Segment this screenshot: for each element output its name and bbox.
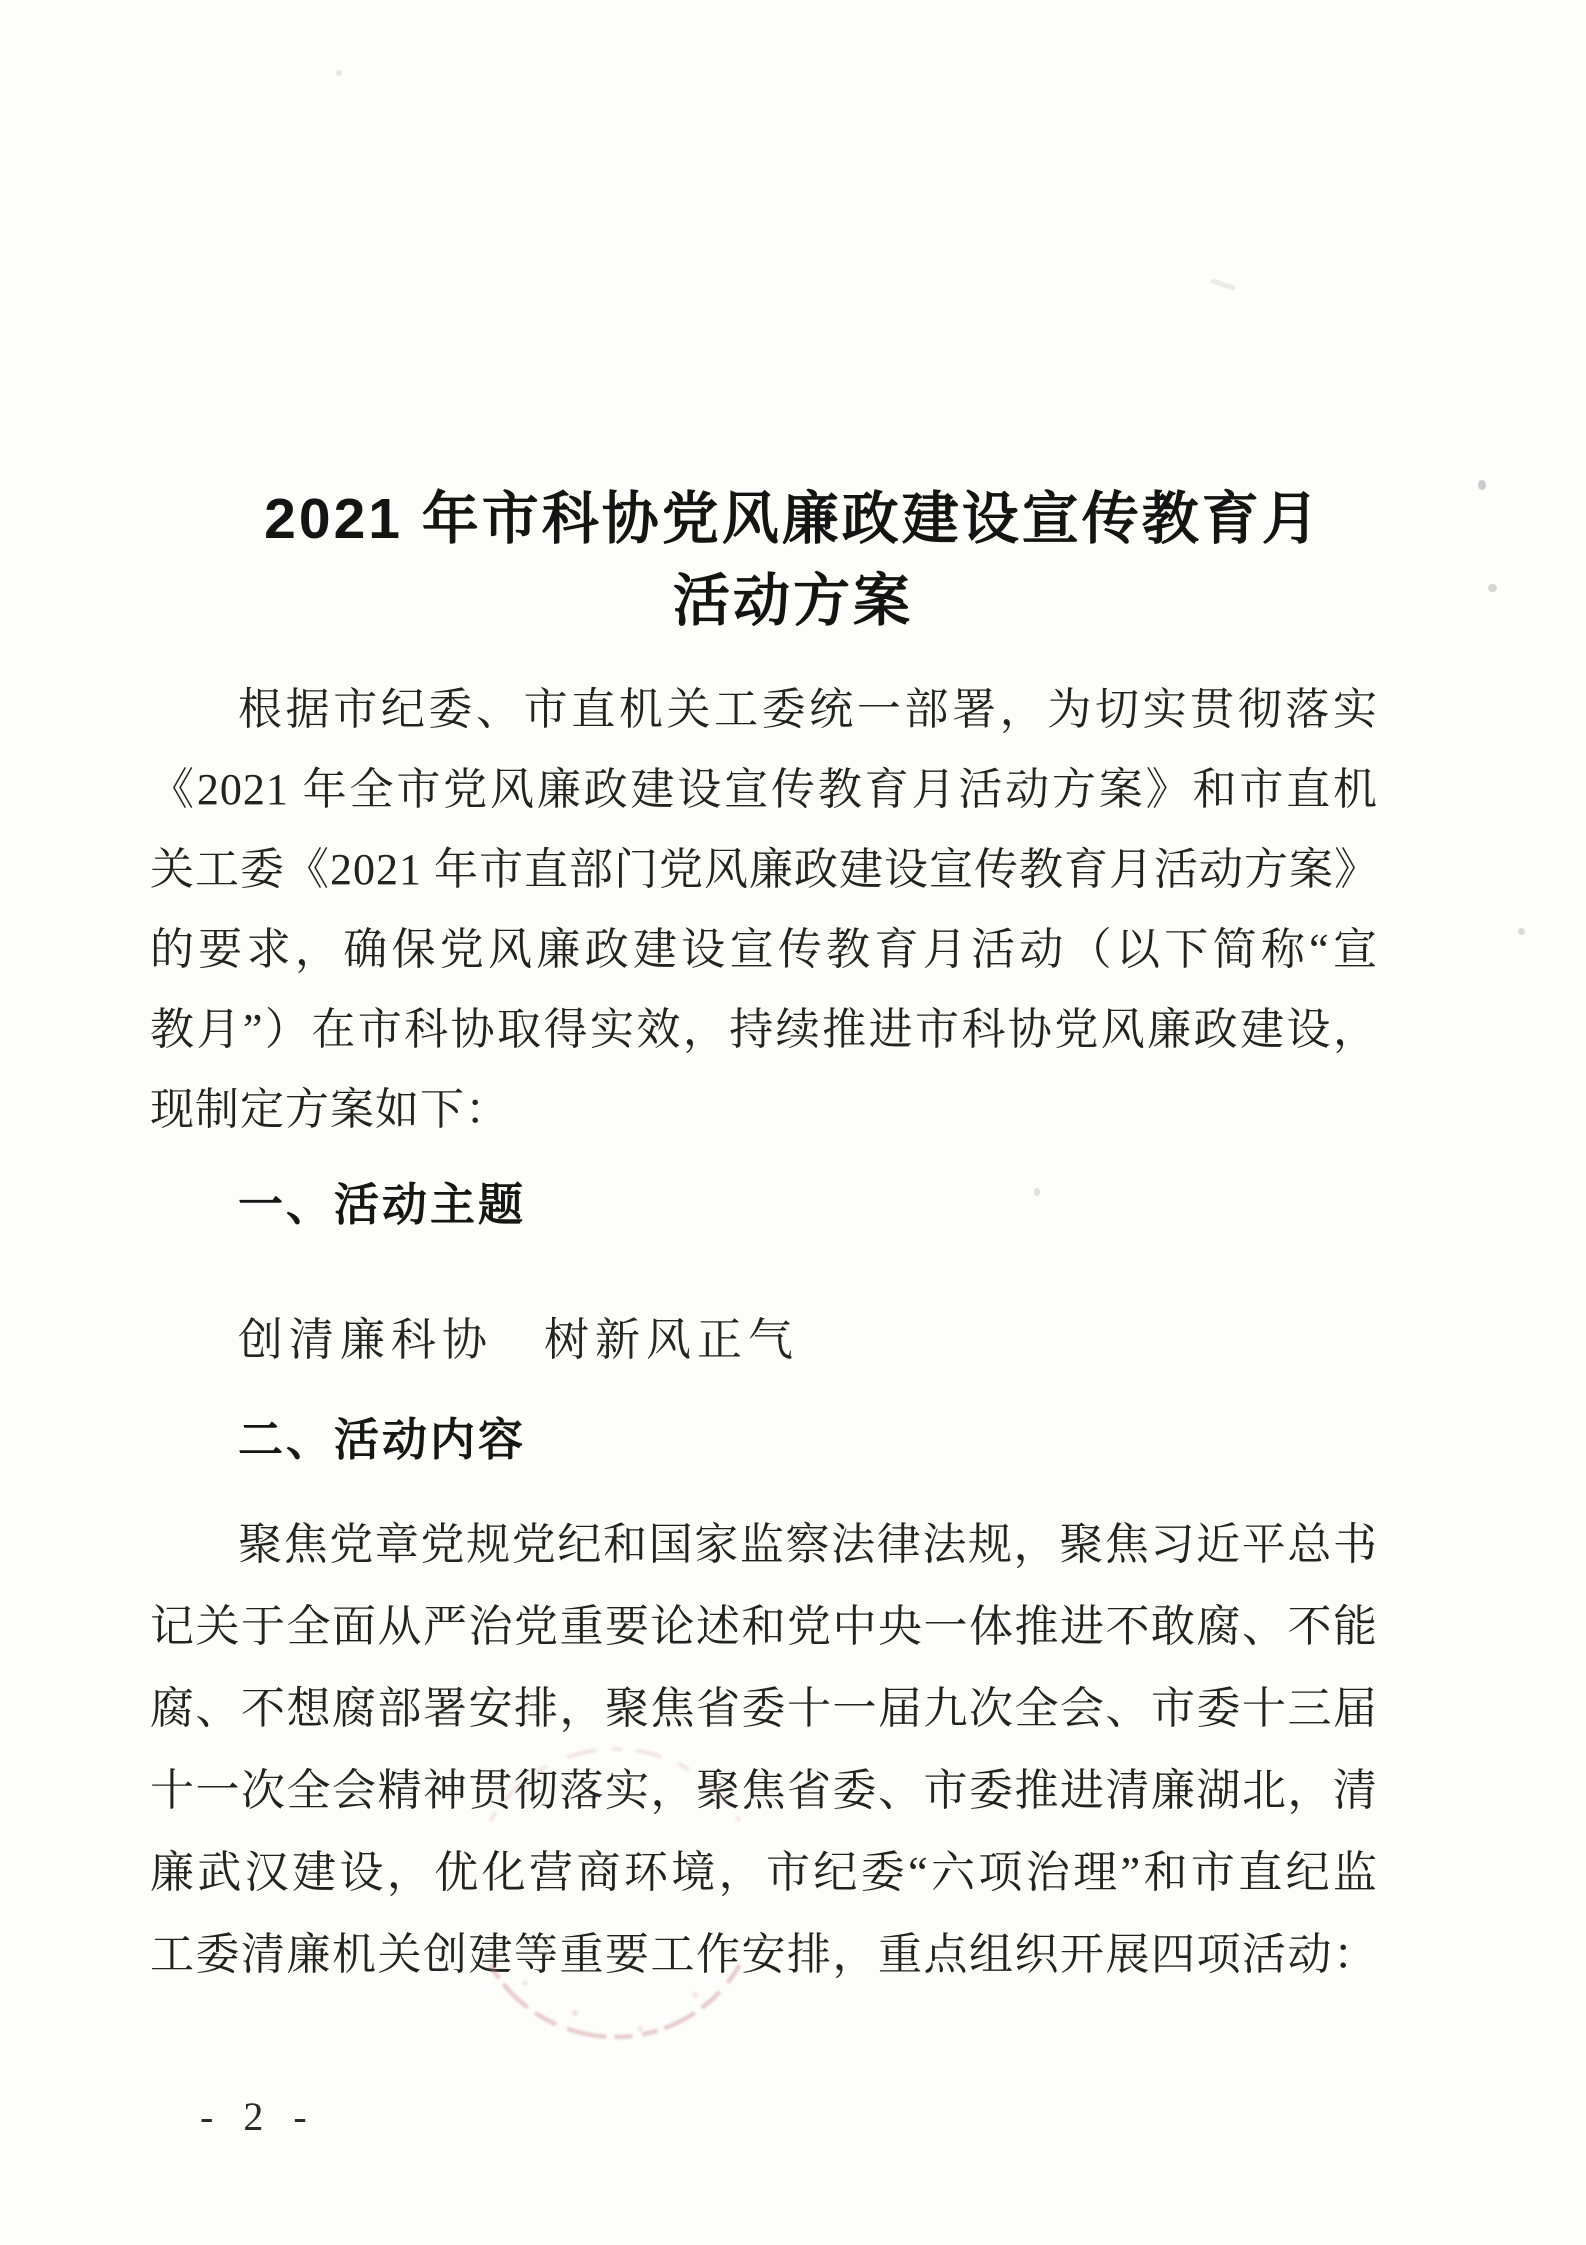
text-line: 廉武汉建设，优化营商环境，市纪委“六项治理”和市直纪监 — [150, 1832, 1378, 1914]
text-line: 十一次全会精神贯彻落实，聚焦省委、市委推进清廉湖北，清 — [150, 1750, 1378, 1832]
scan-speck — [1478, 480, 1486, 490]
opening-paragraph: 根据市纪委、市直机关工委统一部署，为切实贯彻落实《2021 年全市党风廉政建设宣… — [150, 670, 1378, 1150]
scan-smudge — [1210, 278, 1236, 291]
document-title-line-1: 2021 年市科协党风廉政建设宣传教育月 — [150, 478, 1436, 560]
scan-speck — [1034, 1188, 1040, 1196]
text-line: 记关于全面从严治党重要论述和党中央一体推进不敢腐、不能 — [150, 1586, 1378, 1668]
text-line: 关工委《2021 年市直部门党风廉政建设宣传教育月活动方案》 — [150, 830, 1378, 910]
document-page: 2021 年市科协党风廉政建设宣传教育月 活动方案 根据市纪委、市直机关工委统一… — [0, 0, 1586, 2245]
text-line: 工委清廉机关创建等重要工作安排，重点组织开展四项活动： — [150, 1914, 1378, 1996]
document-title: 2021 年市科协党风廉政建设宣传教育月 活动方案 — [150, 478, 1436, 642]
text-line: 的要求，确保党风廉政建设宣传教育月活动（以下简称“宣 — [150, 910, 1378, 990]
scan-speck — [336, 70, 342, 76]
heading-activity-theme: 一、活动主题 — [238, 1165, 526, 1245]
text-line: 《2021 年全市党风廉政建设宣传教育月活动方案》和市直机 — [150, 750, 1378, 830]
page-number: - 2 - — [200, 2093, 317, 2140]
scan-speck — [1518, 928, 1525, 935]
text-line: 根据市纪委、市直机关工委统一部署，为切实贯彻落实 — [150, 670, 1378, 750]
scan-speck — [1488, 584, 1497, 592]
text-line: 聚焦党章党规党纪和国家监察法律法规，聚焦习近平总书 — [150, 1504, 1378, 1586]
text-line: 教月”）在市科协取得实效，持续推进市科协党风廉政建设， — [150, 990, 1378, 1070]
activity-theme-text: 创清廉科协 树新风正气 — [238, 1300, 799, 1380]
document-title-line-2: 活动方案 — [150, 560, 1436, 642]
heading-activity-content: 二、活动内容 — [238, 1400, 526, 1480]
text-line: 现制定方案如下： — [150, 1070, 1378, 1150]
activity-content-paragraph: 聚焦党章党规党纪和国家监察法律法规，聚焦习近平总书记关于全面从严治党重要论述和党… — [150, 1504, 1378, 1996]
text-line: 腐、不想腐部署安排，聚焦省委十一届九次全会、市委十三届 — [150, 1668, 1378, 1750]
